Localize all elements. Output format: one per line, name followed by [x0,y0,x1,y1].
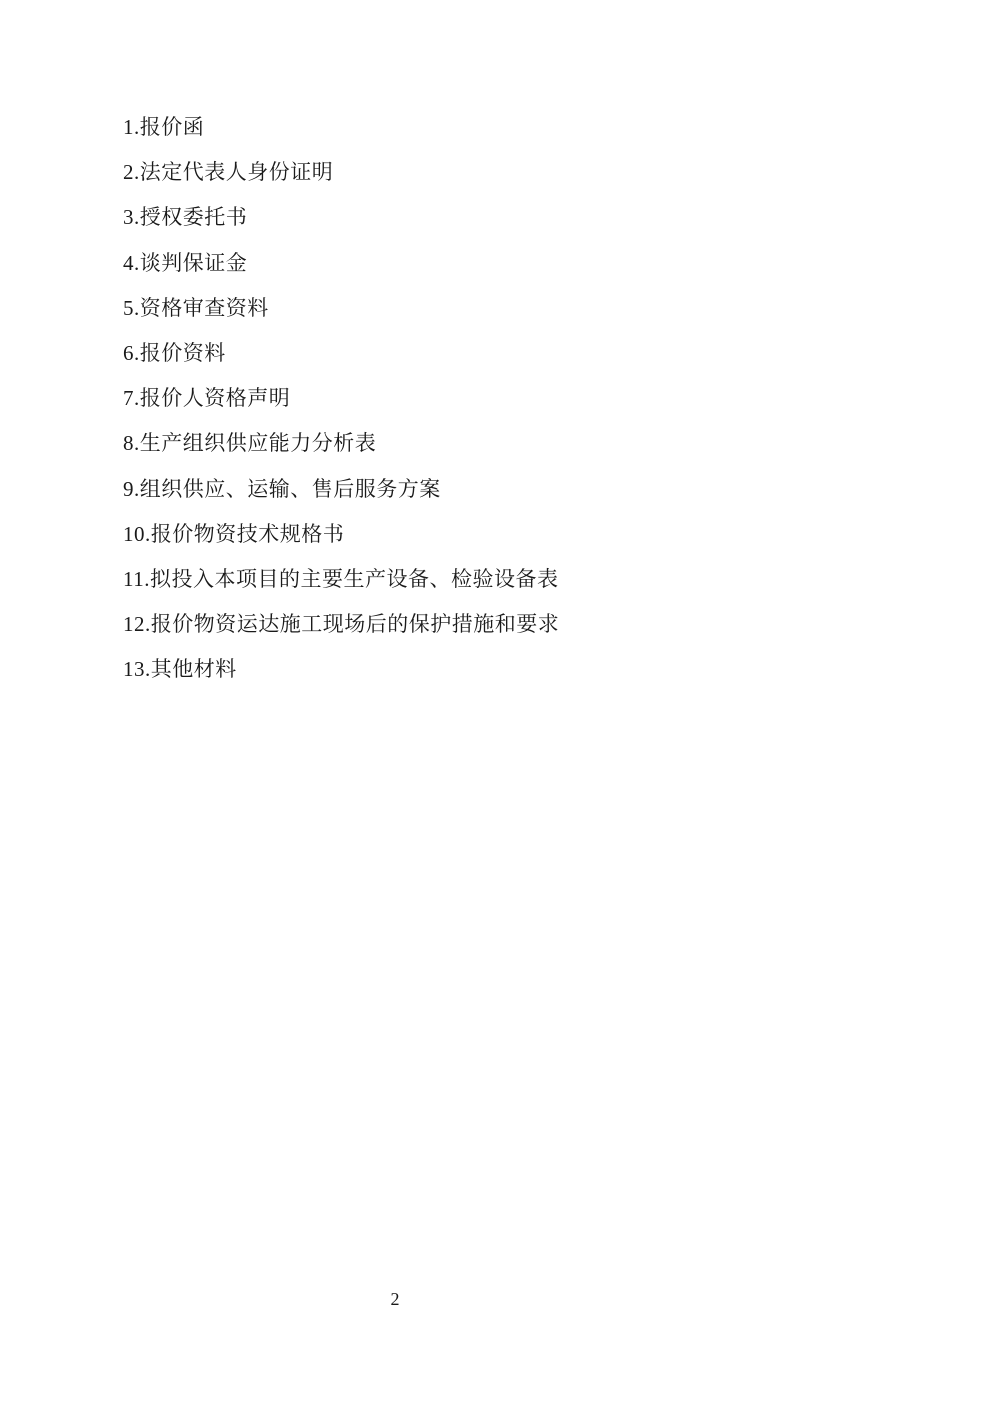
toc-item: 11.拟投入本项目的主要生产设备、检验设备表 [123,557,940,602]
toc-item: 3.授权委托书 [123,195,940,240]
toc-item: 13.其他材料 [123,647,940,692]
toc-item: 12.报价物资运达施工现场后的保护措施和要求 [123,602,940,647]
page-number: 2 [391,1289,400,1309]
toc-item: 7.报价人资格声明 [123,376,940,421]
toc-item: 1.报价函 [123,105,940,150]
document-page: 1.报价函 2.法定代表人身份证明 3.授权委托书 4.谈判保证金 5.资格审查… [0,0,1000,1415]
toc-item: 8.生产组织供应能力分析表 [123,421,940,466]
toc-item: 4.谈判保证金 [123,241,940,286]
toc-item: 5.资格审查资料 [123,286,940,331]
toc-item: 9.组织供应、运输、售后服务方案 [123,467,940,512]
toc-item: 6.报价资料 [123,331,940,376]
toc-item: 10.报价物资技术规格书 [123,512,940,557]
toc-list: 1.报价函 2.法定代表人身份证明 3.授权委托书 4.谈判保证金 5.资格审查… [123,105,940,693]
page-footer: 2 [0,1289,790,1310]
toc-item: 2.法定代表人身份证明 [123,150,940,195]
